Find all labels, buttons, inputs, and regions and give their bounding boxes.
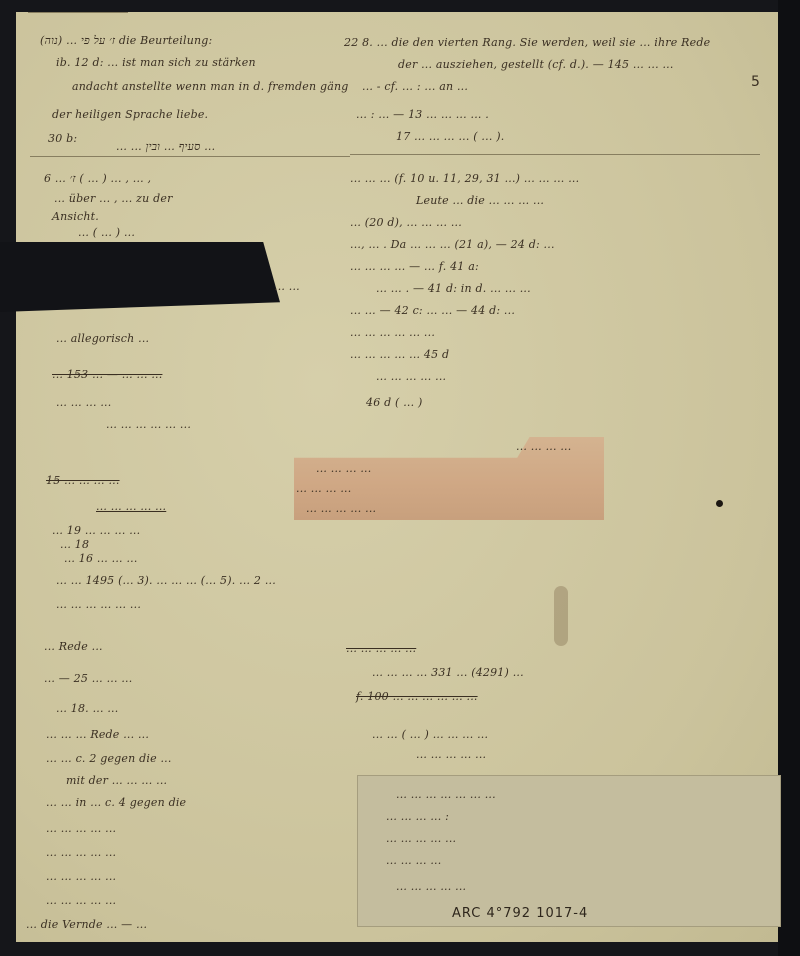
left-line: ... ... ... ... ... <box>46 870 116 884</box>
left-line: andacht anstellte wenn man in d. fremden… <box>72 80 349 94</box>
slip-line: ... ... ... ... <box>386 854 441 868</box>
right-line: der ... ausziehen, gestellt (cf. d.). — … <box>398 58 674 72</box>
left-line: ... 19 ... ... ... ... <box>52 524 140 538</box>
right-line: ... ... ( ... ) ... ... ... ... <box>372 728 488 742</box>
left-line: 30 b: <box>48 132 77 146</box>
slip-line: ... ... ... ... <box>296 482 351 496</box>
right-line: ... ... ... ... ... ... <box>56 598 141 612</box>
left-line: ... ... ... ... ... ... <box>106 418 191 432</box>
left-line: ... ... ... ... ... <box>46 846 116 860</box>
scan-border-right <box>778 0 800 956</box>
slip-line: ... ... ... ... ... <box>396 880 466 894</box>
slip-line: ... ... ... ... ... <box>386 832 456 846</box>
left-line-struck: ... 153 ... — ... ... ... <box>52 368 162 382</box>
page-number: 5 <box>751 74 760 90</box>
right-line: ... ... 1495 (... 3). ... ... ... (... 5… <box>56 574 276 588</box>
left-line: ... ( ... ) ... <box>78 226 135 240</box>
left-line: ... Rede ... <box>44 640 103 654</box>
slip-line: ... ... ... ... ... <box>306 502 376 516</box>
left-line-struck: 15 ... ... ... ... <box>46 474 120 488</box>
left-line: ... 16 ... ... ... <box>64 552 138 566</box>
left-line: Ansicht. <box>52 210 99 224</box>
section-divider <box>350 154 760 155</box>
left-line: ... ... ... ... ... <box>46 894 116 908</box>
left-line: mit der ... ... ... ... <box>66 774 167 788</box>
section-divider <box>28 12 128 13</box>
left-line: ... allegorisch ... <box>56 332 149 346</box>
left-line: ... ... <box>274 280 300 294</box>
right-line: ... ... ... (f. 10 u. 11, 29, 31 ...) ..… <box>350 172 579 186</box>
paper-stain <box>554 586 568 646</box>
manuscript-page: 5 ז׳ על פי ... (נוה) die Beurteilung: ib… <box>16 12 778 942</box>
right-line: ... ... ... ... 331 ... (4291) ... <box>372 666 524 680</box>
right-line: ... ... . — 41 d: in d. ... ... ... <box>376 282 531 296</box>
right-line: ... ... ... ... ... <box>376 370 446 384</box>
section-divider <box>30 156 350 157</box>
missing-paper-area <box>0 242 280 312</box>
left-line: ib. 12 d: ... ist man sich zu stärken <box>56 56 256 70</box>
left-line: ... סעיף ... ובין ... ... <box>116 140 215 154</box>
left-line: ... — 25 ... ... ... <box>44 672 132 686</box>
right-line: ... - cf. ... : ... an ... <box>362 80 468 94</box>
left-line: ז׳ ... 6 ( ... ) ... , ... , <box>44 172 151 186</box>
right-line: ... ... ... ... ... ... <box>350 326 435 340</box>
left-line: der heiligen Sprache liebe. <box>52 108 208 122</box>
left-line: ... ... c. 2 gegen die ... <box>46 752 172 766</box>
right-line: 22 8. ... die den vierten Rang. Sie werd… <box>344 36 710 50</box>
slip-line: ... ... ... ... ... ... ... <box>396 788 496 802</box>
ink-blot <box>716 500 723 507</box>
slip-line: ... ... ... ... <box>516 440 571 454</box>
left-line: ... ... ... ... ... <box>46 822 116 836</box>
left-line: ... ... ... ... <box>56 396 111 410</box>
left-line: ... ... in ... c. 4 gegen die <box>46 796 186 810</box>
right-line: Leute ... die ... ... ... ... <box>416 194 544 208</box>
right-line: ... (20 d), ... ... ... ... <box>350 216 462 230</box>
right-line: ... ... ... ... — ... f. 41 a: <box>350 260 479 274</box>
right-line-struck: ... ... ... ... ... <box>346 642 416 656</box>
right-line-struck: f. 100 ... ... ... ... ... ... <box>356 690 478 704</box>
slip-line: ... ... ... ... : <box>386 810 449 824</box>
shelfmark: ARC 4°792 1017-4 <box>452 906 588 921</box>
left-line: ... 18 <box>60 538 89 552</box>
left-line: ז׳ על פי ... (נוה) die Beurteilung: <box>40 34 212 48</box>
right-line: ... ... — 42 c: ... ... — 44 d: ... <box>350 304 515 318</box>
left-line: ... ... ... ... ... <box>96 500 166 514</box>
right-line: ... : ... — 13 ... ... ... ... . <box>356 108 489 122</box>
right-line: 46 d ( ... ) <box>366 396 423 410</box>
right-line: ..., ... . Da ... ... ... (21 a), — 24 d… <box>350 238 555 252</box>
left-line: ... ... ... Rede ... ... <box>46 728 149 742</box>
right-line: 17 ... ... ... ... ( ... ). <box>396 130 504 144</box>
right-line: ... ... ... ... ... 45 d <box>350 348 449 362</box>
left-line: ... 18. ... ... <box>56 702 118 716</box>
left-line: ... über ... , ... zu der <box>54 192 173 206</box>
left-line: ... die Vernde ... — ... <box>26 918 147 932</box>
right-line: ... ... ... ... ... <box>416 748 486 762</box>
slip-line: ... ... ... ... <box>316 462 371 476</box>
